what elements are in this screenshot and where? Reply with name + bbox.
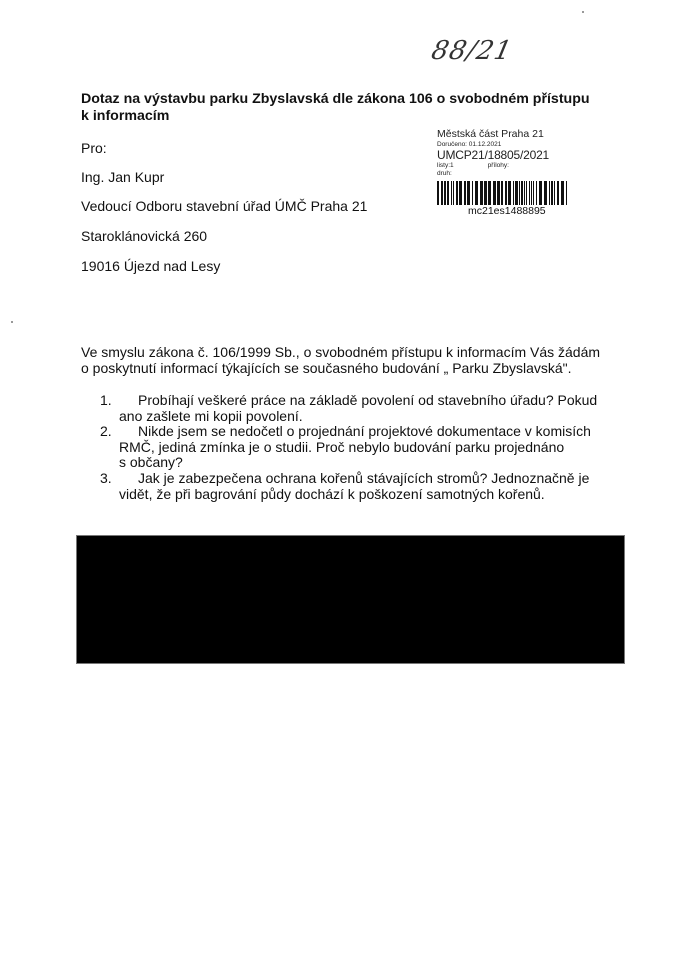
intro-line-1: Ve smyslu zákona č. 106/1999 Sb., o svob… [81, 344, 611, 360]
intro-paragraph: Ve smyslu zákona č. 106/1999 Sb., o svob… [81, 344, 611, 376]
stamp-attachments: přílohy: [488, 162, 509, 169]
stamp-reference: UMCP21/18805/2021 [437, 149, 549, 162]
barcode-id: mc21es1488895 [468, 205, 546, 217]
title-line-1: Dotaz na výstavbu parku Zbyslavská dle z… [81, 91, 601, 108]
scan-speck [11, 321, 13, 323]
scan-speck [582, 11, 584, 13]
stamp-sheets-row: listy:1přílohy: [437, 162, 549, 170]
question-line: ano zašlete mi kopii povolení. [119, 409, 600, 425]
recipient-name: Ing. Jan Kupr [81, 169, 164, 185]
question-list: 1.Probíhají veškeré práce na základě pov… [100, 393, 600, 502]
recipient-label: Pro: [81, 140, 107, 156]
stamp-office: Městská část Praha 21 [437, 129, 549, 140]
question-line: s občany? [119, 455, 600, 471]
title-line-2: k informacím [81, 108, 601, 125]
registry-stamp: Městská část Praha 21 Doručeno: 01.12.20… [437, 129, 549, 178]
question-line: Nikde jsem se nedočetl o projednání proj… [119, 424, 600, 440]
stamp-sheets: listy:1 [437, 162, 454, 169]
recipient-street: Staroklánovická 260 [81, 228, 207, 244]
document-title: Dotaz na výstavbu parku Zbyslavská dle z… [81, 91, 601, 125]
intro-line-2: o poskytnutí informací týkajících se sou… [81, 360, 611, 376]
handwritten-reference: 88/21 [429, 36, 515, 66]
question-number: 2. [100, 424, 112, 440]
question-item: 3.Jak je zabezpečena ochrana kořenů stáv… [100, 471, 600, 502]
question-item: 2.Nikde jsem se nedočetl o projednání pr… [100, 424, 600, 471]
recipient-position: Vedoucí Odboru stavební úřad ÚMČ Praha 2… [81, 198, 367, 214]
redaction-block [76, 535, 625, 664]
question-line: RMČ, jediná zmínka je o studii. Proč neb… [119, 440, 600, 456]
question-number: 3. [100, 471, 112, 487]
question-line: Jak je zabezpečena ochrana kořenů stávaj… [119, 471, 600, 487]
barcode-icon [437, 181, 567, 205]
stamp-type: druh: [437, 170, 549, 178]
question-number: 1. [100, 393, 112, 409]
recipient-city: 19016 Újezd nad Lesy [81, 258, 220, 274]
question-item: 1.Probíhají veškeré práce na základě pov… [100, 393, 600, 424]
question-line: Probíhají veškeré práce na základě povol… [119, 393, 600, 409]
question-line: vidět, že při bagrování půdy dochází k p… [119, 487, 600, 503]
